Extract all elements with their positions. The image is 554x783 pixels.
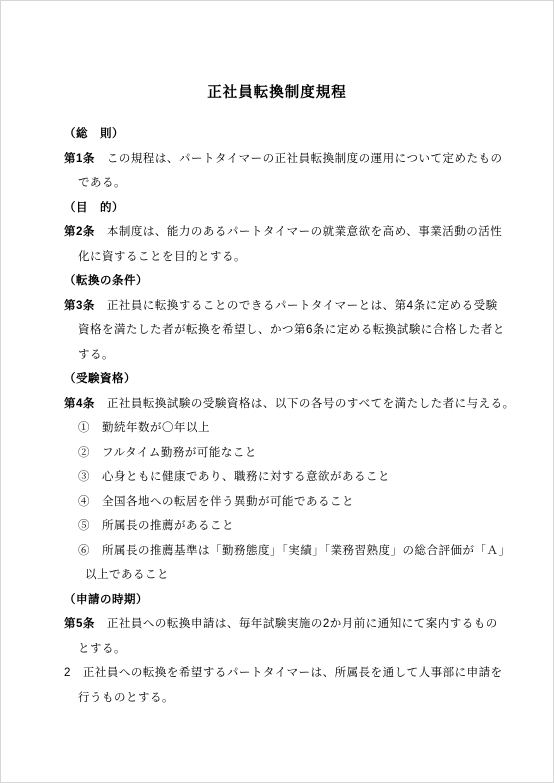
list-item-4: ④ 全国各地への転居を伴う異動が可能であること xyxy=(1,490,553,515)
page-title: 正社員転換制度規程 xyxy=(1,81,553,102)
list-item-1: ① 勤続年数が〇年以上 xyxy=(1,416,553,441)
list-item-3: ③ 心身ともに健康であり、職務に対する意欲があること xyxy=(1,465,553,490)
article-number: 第5条 xyxy=(64,618,95,630)
article-3-line-3: する。 xyxy=(1,343,553,368)
article-1-line-1: 第1条 この規程は、パートタイマーの正社員転換制度の運用について定めたもの xyxy=(1,147,553,172)
document-body: （総 則） 第1条 この規程は、パートタイマーの正社員転換制度の運用について定め… xyxy=(1,122,553,710)
article-5-paragraph-2-line-1: 2 正社員への転換を希望するパートタイマーは、所属長を通して人事部に申請を xyxy=(1,661,553,686)
article-3-line-2: 資格を満たした者が転換を希望し、かつ第6条に定める転換試験に合格した者と xyxy=(1,318,553,343)
article-number: 第2条 xyxy=(64,226,95,238)
section-heading-general: （総 則） xyxy=(1,122,553,147)
article-5-paragraph-2-line-2: 行うものとする。 xyxy=(1,686,553,711)
article-1-line-2: である。 xyxy=(1,171,553,196)
list-item-2: ② フルタイム勤務が可能なこと xyxy=(1,441,553,466)
article-2-line-1: 第2条 本制度は、能力のあるパートタイマーの就業意欲を高め、事業活動の活性 xyxy=(1,220,553,245)
document-page: 正社員転換制度規程 （総 則） 第1条 この規程は、パートタイマーの正社員転換制… xyxy=(0,0,554,783)
article-number: 第4条 xyxy=(64,398,95,410)
list-item-5: ⑤ 所属長の推薦があること xyxy=(1,514,553,539)
article-4-line-1: 第4条 正社員転換試験の受験資格は、以下の各号のすべてを満たした者に与える。 xyxy=(1,392,553,417)
section-heading-application-period: （申請の時期） xyxy=(1,588,553,613)
article-number: 第3条 xyxy=(64,300,95,312)
article-5-line-2: とする。 xyxy=(1,637,553,662)
list-item-6-line-1: ⑥ 所属長の推薦基準は「勤務態度」「実績」「業務習熟度」の総合評価が「Ａ」 xyxy=(1,539,553,564)
list-item-6-line-2: 以上であること xyxy=(1,563,553,588)
article-5-line-1: 第5条 正社員への転換申請は、毎年試験実施の2か月前に通知にて案内するもの xyxy=(1,612,553,637)
section-heading-eligibility: （受験資格） xyxy=(1,367,553,392)
article-2-line-2: 化に資することを目的とする。 xyxy=(1,245,553,270)
section-heading-conversion-conditions: （転換の条件） xyxy=(1,269,553,294)
article-3-line-1: 第3条 正社員に転換することのできるパートタイマーとは、第4条に定める受験 xyxy=(1,294,553,319)
article-number: 第1条 xyxy=(64,153,95,165)
section-heading-purpose: （目 的） xyxy=(1,196,553,221)
